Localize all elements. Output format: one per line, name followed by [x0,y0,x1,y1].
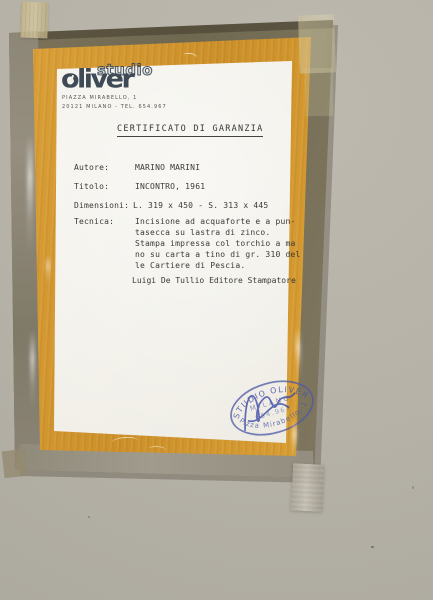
tape-sheen-left [27,135,33,255]
logo-clock-icon [66,74,78,86]
tape-top-right-lower [305,68,334,116]
tape-bottom-left [2,449,29,478]
tape-top-left [20,2,48,39]
tape-bottom-right [291,463,324,512]
field-autore-value: MARINO MARINI [135,163,200,172]
tape-sheen-right-lower [292,420,297,460]
publisher-line: Luigi De Tullio Editore Stampatore [132,276,296,285]
field-autore-label: Autore: [74,163,109,172]
tecnica-line-5: le Cartiere di Pescia. [135,261,245,270]
field-dimensioni-value: L. 319 x 450 - S. 313 x 445 [133,201,268,210]
field-titolo-label: Titolo: [74,182,109,191]
dust-speck [371,546,374,548]
tecnica-line-1: Incisione ad acquaforte e a pun- [135,217,296,226]
tecnica-line-3: Stampa impressa col torchio a ma [135,239,296,248]
photo-backing: studio oliver PIAZZA MIRABELLO, 1 20121 … [0,0,433,600]
tecnica-line-4: no su carta a tino di gr. 310 del [135,250,301,259]
address-line-1: PIAZZA MIRABELLO, 1 [62,95,137,101]
field-titolo-value: INCONTRO, 1961 [135,182,205,191]
field-dimensioni-label: Dimensioni: [74,201,129,210]
dust-speck [412,486,414,489]
certificate-title: CERTIFICATO DI GARANZIA [117,124,263,137]
tape-sheen-left-lower [30,330,35,410]
address-line-2: 20121 MILANO - TEL. 654.967 [62,104,167,110]
field-tecnica-label: Tecnica: [74,217,114,226]
tecnica-line-2: tasecca su lastra di zinco. [135,228,270,237]
tape-top-right [298,14,336,73]
mat-edge-glint [46,255,50,285]
dust-speck [88,516,90,518]
